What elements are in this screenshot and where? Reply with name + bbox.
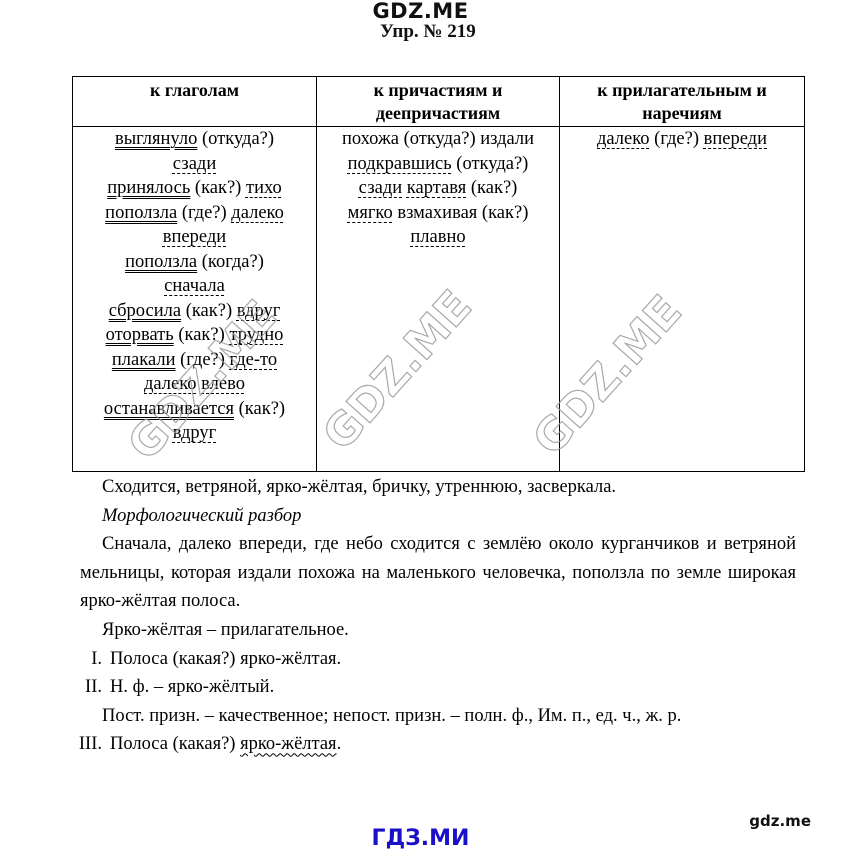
sentence: Сначала, далеко впереди, где небо сходит…: [80, 530, 796, 616]
cell-line: сзади: [77, 152, 312, 177]
cell-line: сзади картавя (как?): [321, 176, 555, 201]
dependent-word: подкравшись: [348, 154, 452, 174]
item-2-text: Н. ф. – ярко-жёлтый.: [110, 677, 274, 697]
analysis-text: Сходится, ветряной, ярко-жёлтая, бричку,…: [80, 473, 796, 759]
cell-line: принялось (как?) тихо: [77, 176, 312, 201]
exercise-title: Упр. № 219: [380, 20, 476, 44]
item-3: III.Полоса (какая?) ярко-жёлтая.: [72, 730, 796, 759]
cell-line: сначала: [77, 274, 312, 299]
item-3-number: III.: [72, 730, 102, 759]
dependent-word: плавно: [410, 227, 465, 247]
header-adjectives-adverbs: к прилагательным и наречиям: [560, 77, 805, 127]
question-text: (где?): [650, 129, 704, 149]
dependent-word: сначала: [164, 276, 225, 296]
verb-word: принялось: [107, 178, 190, 198]
dependent-word: впереди: [163, 227, 226, 247]
item-2: II.Н. ф. – ярко-жёлтый.: [72, 673, 796, 702]
part-of-speech: Ярко-жёлтая – прилагательное.: [80, 616, 796, 645]
cell-line: далеко (где?) впереди: [564, 127, 800, 152]
site-logo: GDZ.ME: [0, 0, 841, 22]
verb-word: выглянуло: [115, 129, 197, 149]
verb-word: поползла: [125, 252, 197, 272]
verb-word: плакали: [112, 350, 176, 370]
cell-line: впереди: [77, 225, 312, 250]
item-2-number: II.: [72, 673, 102, 702]
dependent-word: впереди: [704, 129, 767, 149]
dependent-word: картавя: [407, 178, 466, 198]
cell-line: похожа (откуда?) издали: [321, 127, 555, 152]
question-text: похожа (откуда?) издали: [342, 129, 534, 149]
dependent-word: мягко: [348, 203, 393, 223]
cell-line: поползла (где?) далеко: [77, 201, 312, 226]
dependent-word: тихо: [246, 178, 282, 198]
question-text: (как?): [190, 178, 246, 198]
verb-word: оторвать: [106, 325, 174, 345]
cell-line: мягко взмахивая (как?): [321, 201, 555, 226]
cell-line: плавно: [321, 225, 555, 250]
question-text: (откуда?): [197, 129, 274, 149]
cell-line: подкравшись (откуда?): [321, 152, 555, 177]
features: Пост. призн. – качественное; непост. при…: [80, 702, 796, 731]
header-verbs: к глаголам: [73, 77, 317, 127]
question-text: (как?): [466, 178, 517, 198]
question-text: (где?): [177, 203, 231, 223]
dependent-word: сзади: [359, 178, 403, 198]
footer-brand: ГДЗ.МИ: [0, 826, 841, 851]
item-3-suffix: .: [337, 734, 342, 754]
item-3-underlined-word: ярко-жёлтая: [240, 734, 336, 754]
dependent-word: сзади: [173, 154, 217, 174]
item-1-number: I.: [72, 645, 102, 674]
cell-line: выглянуло (откуда?): [77, 127, 312, 152]
question-text: (откуда?): [452, 154, 529, 174]
question-text: (когда?): [197, 252, 264, 272]
cell-line: поползла (когда?): [77, 250, 312, 275]
question-text: (как?): [234, 399, 285, 419]
dependent-word: далеко: [597, 129, 650, 149]
header-participles: к причастиям и деепричастиям: [317, 77, 560, 127]
verb-word: сбросила: [109, 301, 181, 321]
item-1-text: Полоса (какая?) ярко-жёлтая.: [110, 649, 341, 669]
table-header-row: к глаголам к причастиям и деепричастиям …: [73, 77, 805, 127]
item-3-prefix: Полоса (какая?): [110, 734, 240, 754]
dependent-word: далеко: [231, 203, 284, 223]
words-line: Сходится, ветряной, ярко-жёлтая, бричку,…: [80, 473, 796, 502]
analysis-heading: Морфологический разбор: [80, 502, 796, 531]
question-text: взмахивая (как?): [393, 203, 529, 223]
item-1: I.Полоса (какая?) ярко-жёлтая.: [72, 645, 796, 674]
verb-word: поползла: [105, 203, 177, 223]
